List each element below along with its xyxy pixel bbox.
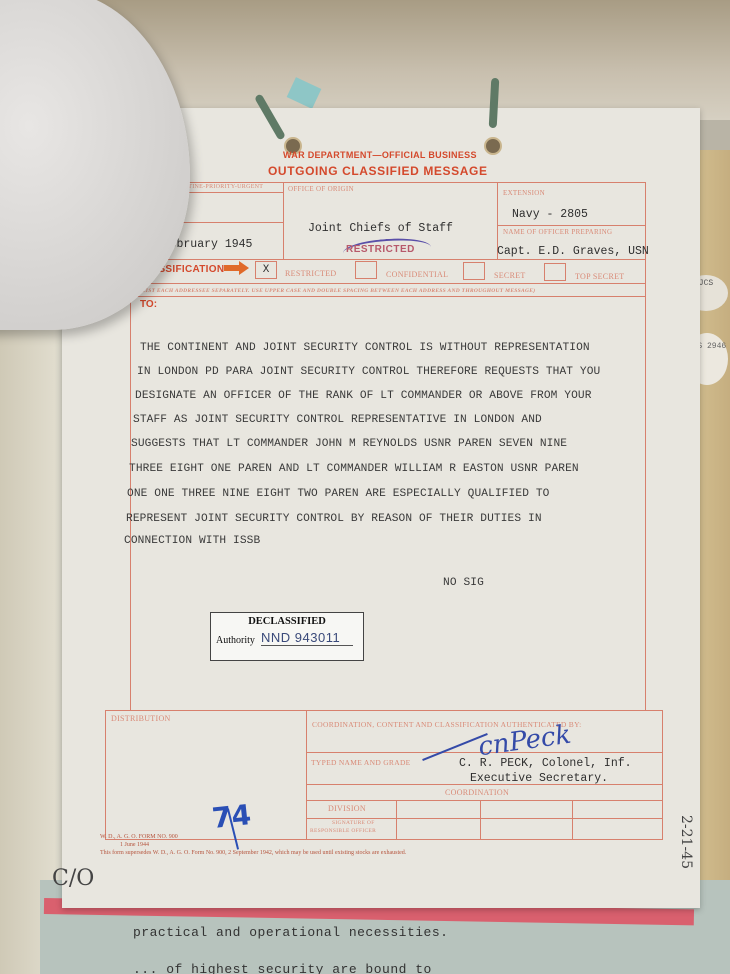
extension-label: EXTENSION bbox=[503, 189, 545, 197]
office-of-origin-value: Joint Chiefs of Staff bbox=[308, 222, 453, 235]
declassified-title: DECLASSIFIED bbox=[211, 616, 363, 627]
distribution-label: DISTRIBUTION bbox=[111, 714, 171, 723]
handwritten-side-note: 2-21-45 bbox=[678, 815, 694, 869]
officer-preparing-label: NAME OF OFFICER PREPARING bbox=[503, 228, 612, 236]
office-of-origin-label: OFFICE OF ORIGIN bbox=[288, 185, 354, 193]
typed-name-line-2: Executive Secretary. bbox=[470, 772, 608, 785]
department-header: WAR DEPARTMENT—OFFICIAL BUSINESS bbox=[283, 150, 477, 160]
coordination-label: COORDINATION bbox=[445, 788, 509, 797]
division-label: DIVISION bbox=[328, 804, 366, 813]
underlying-text-line-1: practical and operational necessities. bbox=[133, 925, 448, 940]
message-line: IN LONDON PD PARA JOINT SECURITY CONTROL… bbox=[137, 366, 600, 378]
authority-value: NND 943011 bbox=[261, 630, 353, 646]
label-top-secret: TOP SECRET bbox=[575, 272, 624, 281]
message-line: STAFF AS JOINT SECURITY CONTROL REPRESEN… bbox=[133, 414, 542, 426]
message-line: THREE EIGHT ONE PAREN AND LT COMMANDER W… bbox=[129, 463, 579, 475]
signature-officer-label-2: RESPONSIBLE OFFICER bbox=[310, 828, 376, 834]
no-sig-note: NO SIG bbox=[443, 577, 484, 589]
checkbox-top-secret[interactable] bbox=[544, 263, 566, 281]
label-restricted: RESTRICTED bbox=[285, 269, 336, 278]
message-line: SUGGESTS THAT LT COMMANDER JOHN M REYNOL… bbox=[131, 438, 567, 450]
checkbox-confidential[interactable] bbox=[355, 261, 377, 279]
restricted-stamp: RESTRICTED bbox=[346, 244, 415, 255]
message-line: THE CONTINENT AND JOINT SECURITY CONTROL… bbox=[140, 342, 590, 354]
extension-value: Navy - 2805 bbox=[512, 208, 588, 221]
message-line: ONE ONE THREE NINE EIGHT TWO PAREN ARE E… bbox=[127, 488, 549, 500]
message-line: CONNECTION WITH ISSB bbox=[124, 535, 260, 547]
signature-officer-label-1: SIGNATURE OF bbox=[332, 820, 375, 826]
form-date: 1 June 1944 bbox=[120, 842, 149, 848]
to-label: TO: bbox=[140, 299, 157, 310]
arrow-right-icon bbox=[224, 261, 250, 275]
form-supersedes-note: This form supersedes W. D., A. G. O. For… bbox=[100, 850, 406, 856]
handwritten-page-number: 74 bbox=[210, 798, 252, 835]
label-secret: SECRET bbox=[494, 271, 526, 280]
label-confidential: CONFIDENTIAL bbox=[386, 270, 448, 279]
checkbox-restricted[interactable]: X bbox=[255, 261, 277, 279]
form-title: OUTGOING CLASSIFIED MESSAGE bbox=[268, 164, 488, 178]
punch-hole-right bbox=[484, 137, 502, 155]
typed-name-label: TYPED NAME AND GRADE bbox=[311, 758, 411, 767]
message-line: DESIGNATE AN OFFICER OF THE RANK OF LT C… bbox=[135, 390, 592, 402]
typed-name-line-1: C. R. PECK, Colonel, Inf. bbox=[459, 757, 632, 770]
handwritten-margin-note: C/O bbox=[52, 866, 94, 891]
authority-label: Authority bbox=[216, 635, 255, 646]
declassified-label: DECLASSIFIED Authority NND 943011 bbox=[210, 612, 364, 661]
checkbox-secret[interactable] bbox=[463, 262, 485, 280]
officer-preparing-value: Capt. E.D. Graves, USN bbox=[497, 245, 649, 258]
addressee-instructions: (LIST EACH ADDRESSEE SEPARATELY. USE UPP… bbox=[140, 288, 535, 294]
message-line: REPRESENT JOINT SECURITY CONTROL BY REAS… bbox=[126, 513, 542, 525]
underlying-text-line-2: ... of highest security are bound to bbox=[133, 962, 432, 974]
form-number: W. D., A. G. O. FORM NO. 900 bbox=[100, 834, 178, 840]
